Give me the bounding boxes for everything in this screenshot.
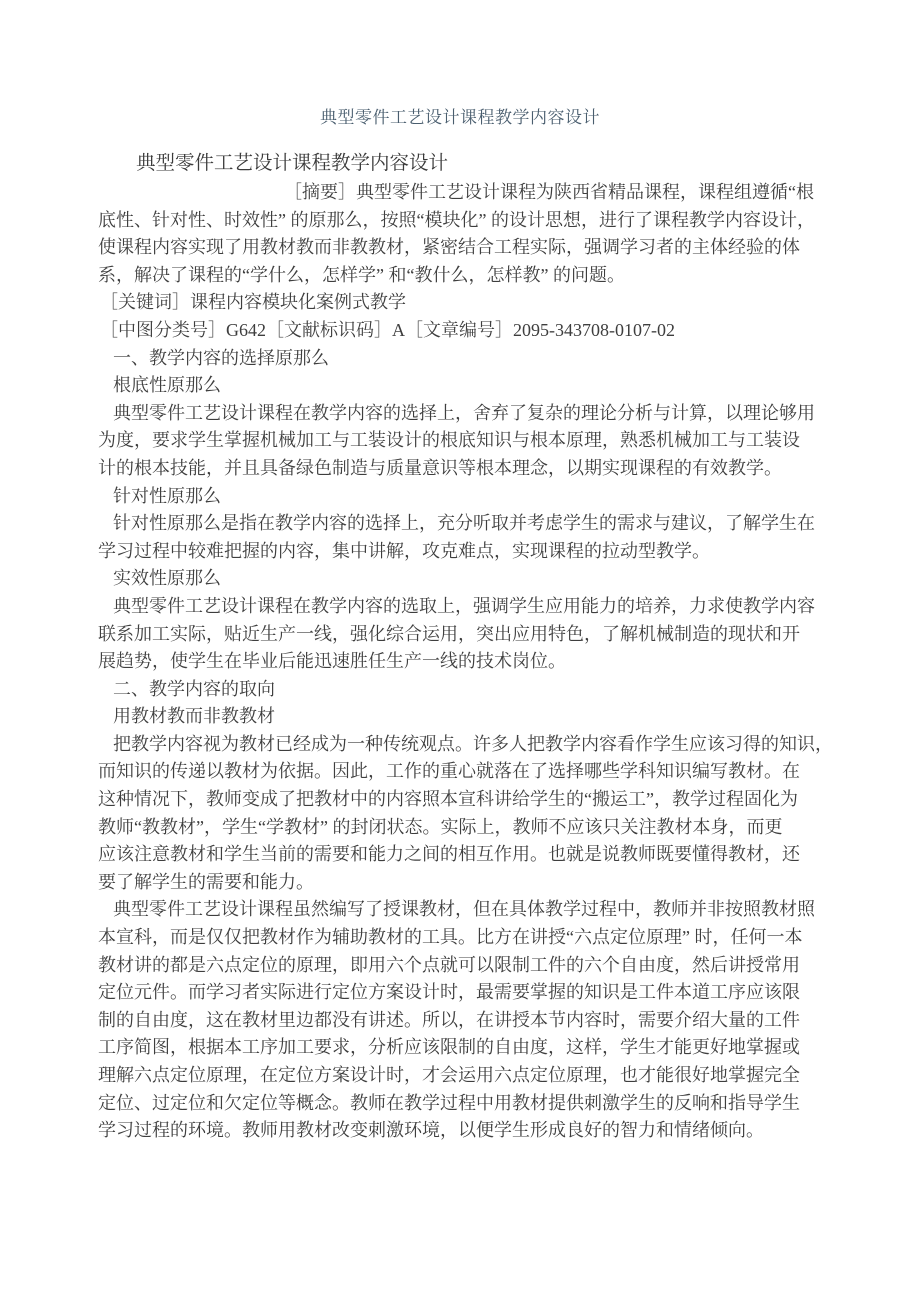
text-line: 理解六点定位原理，在定位方案设计时，才会运用六点定位原理，也才能很好地掌握完全 [98,1062,822,1090]
text-line: 教师“教教材”，学生“学教材” 的封闭状态。实际上，教师不应该只关注教材本身，而… [98,814,822,842]
text-line: 计的根本技能，并且具备绿色制造与质量意识等根本理念，以期实现课程的有效教学。 [98,455,822,483]
text-line: 底性、针对性、时效性” 的原那么，按照“模块化” 的设计思想，进行了课程教学内容… [98,207,822,235]
text-line: 系，解决了课程的“学什么，怎样学” 和“教什么，怎样教” 的问题。 [98,262,822,290]
text-line: ［摘要］典型零件工艺设计课程为陕西省精品课程，课程组遵循“根 [98,179,822,207]
text-line: 一、教学内容的选择原那么 [98,345,822,373]
text-line: 要了解学生的需要和能力。 [98,869,822,897]
text-line: 制的自由度，这在教材里边都没有讲述。所以，在讲授本节内容时，需要介绍大量的工件 [98,1007,822,1035]
text-line: 展趋势，使学生在毕业后能迅速胜任生产一线的技术岗位。 [98,648,822,676]
text-line: ［关键词］课程内容模块化案例式教学 [98,289,822,317]
text-line: 本宣科，而是仅仅把教材作为辅助教材的工具。比方在讲授“六点定位原理” 时，任何一… [98,924,822,952]
text-line: 根底性原那么 [98,372,822,400]
text-line: 典型零件工艺设计课程在教学内容的选取上，强调学生应用能力的培养，力求使教学内容 [98,593,822,621]
text-line: 针对性原那么是指在教学内容的选择上，充分听取并考虑学生的需求与建议，了解学生在 [98,510,822,538]
text-line: 而知识的传递以教材为依据。因此，工作的重心就落在了选择哪些学科知识编写教材。在 [98,758,822,786]
text-line: 工序简图，根据本工序加工要求，分析应该限制的自由度，这样，学生才能更好地掌握或 [98,1034,822,1062]
text-line: 典型零件工艺设计课程在教学内容的选择上，舍弃了复杂的理论分析与计算，以理论够用 [98,400,822,428]
document-content: 典型零件工艺设计课程教学内容设计 典型零件工艺设计课程教学内容设计 ［摘要］典型… [0,0,920,1145]
text-line: 实效性原那么 [98,565,822,593]
document-subtitle: 典型零件工艺设计课程教学内容设计 [136,149,822,179]
text-line: 针对性原那么 [98,483,822,511]
document-page: 典型零件工艺设计课程教学内容设计 典型零件工艺设计课程教学内容设计 ［摘要］典型… [0,0,920,1302]
text-line: 学习过程中较难把握的内容，集中讲解，攻克难点，实现课程的拉动型教学。 [98,538,822,566]
text-line: 这种情况下，教师变成了把教材中的内容照本宣科讲给学生的“搬运工”，教学过程固化为 [98,786,822,814]
text-line: 用教材教而非教教材 [98,703,822,731]
text-line: ［中图分类号］G642［文献标识码］A［文章编号］2095-343708-010… [98,317,822,345]
text-line: 为度，要求学生掌握机械加工与工装设计的根底知识与根本原理，熟悉机械加工与工装设 [98,427,822,455]
document-title: 典型零件工艺设计课程教学内容设计 [98,104,822,132]
text-line: 典型零件工艺设计课程虽然编写了授课教材，但在具体教学过程中，教师并非按照教材照 [98,896,822,924]
text-line: 定位元件。而学习者实际进行定位方案设计时，最需要掌握的知识是工件本道工序应该限 [98,979,822,1007]
text-line: 教材讲的都是六点定位的原理，即用六个点就可以限制工件的六个自由度，然后讲授常用 [98,952,822,980]
text-line: 联系加工实际，贴近生产一线，强化综合运用，突出应用特色，了解机械制造的现状和开 [98,621,822,649]
text-line: 学习过程的环境。教师用教材改变刺激环境，以便学生形成良好的智力和情绪倾向。 [98,1117,822,1145]
text-line: 应该注意教材和学生当前的需要和能力之间的相互作用。也就是说教师既要懂得教材，还 [98,841,822,869]
document-body: ［摘要］典型零件工艺设计课程为陕西省精品课程，课程组遵循“根底性、针对性、时效性… [98,179,822,1145]
text-line: 定位、过定位和欠定位等概念。教师在教学过程中用教材提供刺激学生的反响和指导学生 [98,1090,822,1118]
text-line: 使课程内容实现了用教材教而非教教材，紧密结合工程实际，强调学习者的主体经验的体 [98,234,822,262]
text-line: 二、教学内容的取向 [98,676,822,704]
text-line: 把教学内容视为教材已经成为一种传统观点。许多人把教学内容看作学生应该习得的知识， [98,731,822,759]
